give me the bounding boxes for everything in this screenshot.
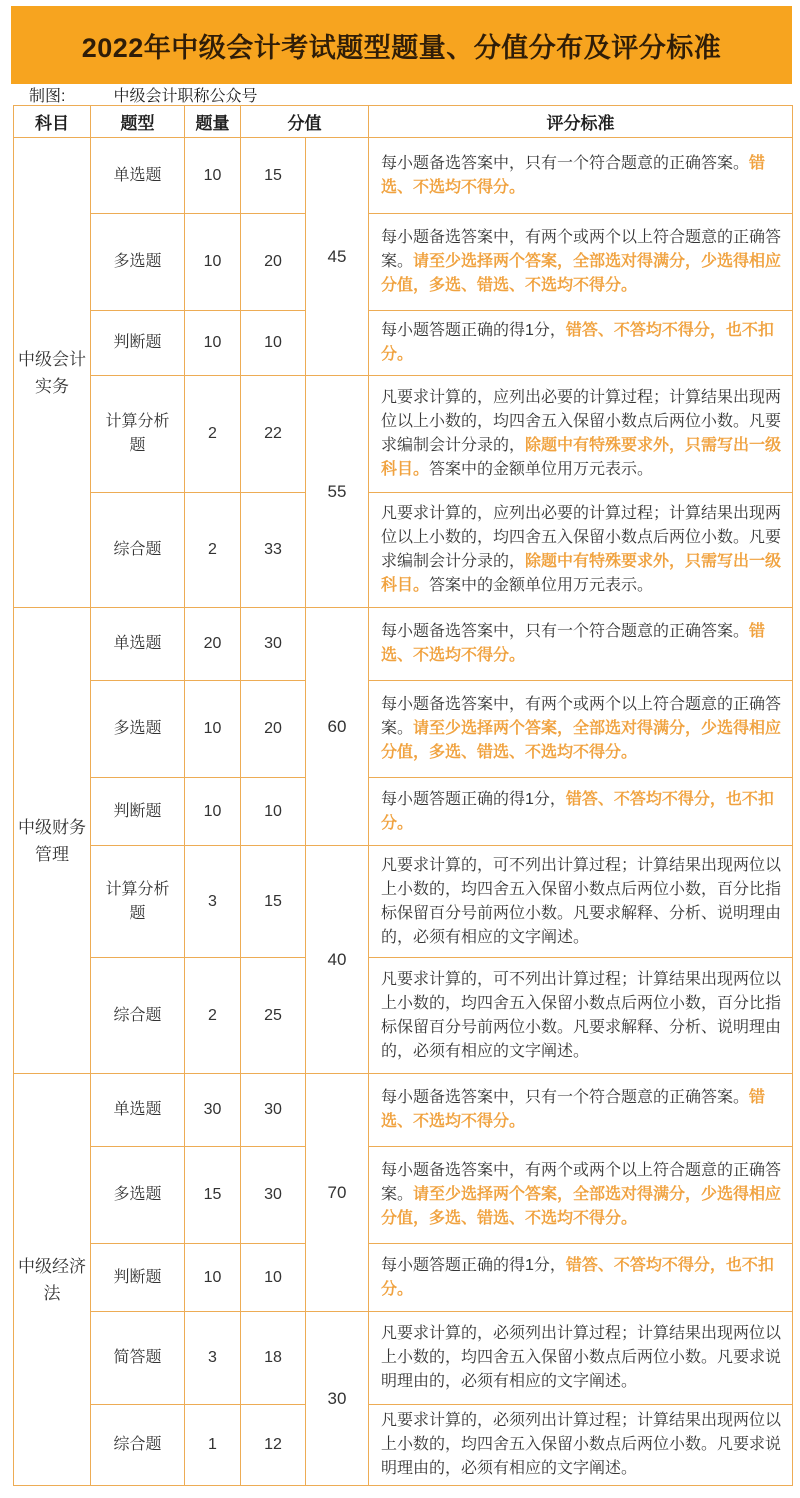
question-count-cell: 10 xyxy=(185,138,241,214)
standard-cell: 每小题备选答案中，有两个或两个以上符合题意的正确答案。请至少选择两个答案，全部选… xyxy=(369,681,793,778)
credit-label: 制图: xyxy=(29,83,65,106)
question-type-cell: 多选题 xyxy=(91,214,185,311)
standard-cell: 凡要求计算的，必须列出计算过程；计算结果出现两位以上小数的，均四舍五入保留小数点… xyxy=(369,1312,793,1405)
table-row: 多选题1020每小题备选答案中，有两个或两个以上符合题意的正确答案。请至少选择两… xyxy=(14,681,793,778)
score-cell: 30 xyxy=(241,1074,306,1147)
question-type-cell: 计算分析题 xyxy=(91,846,185,958)
score-subtotal-cell: 60 xyxy=(306,608,369,846)
score-cell: 12 xyxy=(241,1405,306,1486)
table-row: 多选题1020每小题备选答案中，有两个或两个以上符合题意的正确答案。请至少选择两… xyxy=(14,214,793,311)
standard-cell: 凡要求计算的，可不列出计算过程；计算结果出现两位以上小数的，均四舍五入保留小数点… xyxy=(369,846,793,958)
standard-accent-text: 请至少选择两个答案，全部选对得满分，少选得相应分值，多选、错选、不选均不得分。 xyxy=(381,253,781,294)
title-banner: 2022年中级会计考试题型题量、分值分布及评分标准 xyxy=(11,6,792,84)
question-type-cell: 综合题 xyxy=(91,493,185,608)
question-type-cell: 判断题 xyxy=(91,311,185,376)
header-type: 题型 xyxy=(91,106,185,138)
question-type-cell: 多选题 xyxy=(91,681,185,778)
score-cell: 18 xyxy=(241,1312,306,1405)
question-count-cell: 3 xyxy=(185,1312,241,1405)
score-subtotal-cell: 40 xyxy=(306,846,369,1074)
score-cell: 10 xyxy=(241,311,306,376)
question-count-cell: 2 xyxy=(185,376,241,493)
standard-text: 凡要求计算的，必须列出计算过程；计算结果出现两位以上小数的，均四舍五入保留小数点… xyxy=(381,1412,781,1477)
score-cell: 22 xyxy=(241,376,306,493)
question-type-cell: 单选题 xyxy=(91,138,185,214)
question-type-cell: 综合题 xyxy=(91,1405,185,1486)
score-subtotal-cell: 70 xyxy=(306,1074,369,1312)
table-row: 简答题31830凡要求计算的，必须列出计算过程；计算结果出现两位以上小数的，均四… xyxy=(14,1312,793,1405)
score-cell: 15 xyxy=(241,138,306,214)
score-cell: 20 xyxy=(241,214,306,311)
standard-text: 答案中的金额单位用万元表示。 xyxy=(429,461,653,478)
question-type-cell: 多选题 xyxy=(91,1147,185,1244)
score-cell: 30 xyxy=(241,1147,306,1244)
subject-cell: 中级财务管理 xyxy=(14,608,91,1074)
standard-cell: 每小题答题正确的得1分，错答、不答均不得分，也不扣分。 xyxy=(369,1244,793,1312)
page: 2022年中级会计考试题型题量、分值分布及评分标准 制图: 中级会计职称公众号 … xyxy=(0,0,800,1494)
table-row: 判断题1010每小题答题正确的得1分，错答、不答均不得分，也不扣分。 xyxy=(14,1244,793,1312)
question-count-cell: 10 xyxy=(185,681,241,778)
header-row: 科目 题型 题量 分值 评分标准 xyxy=(14,106,793,138)
question-type-cell: 综合题 xyxy=(91,958,185,1074)
standard-text: 凡要求计算的，可不列出计算过程；计算结果出现两位以上小数的，均四舍五入保留小数点… xyxy=(381,857,781,946)
question-count-cell: 10 xyxy=(185,778,241,846)
table-row: 综合题233凡要求计算的，应列出必要的计算过程；计算结果出现两位以上小数的，均四… xyxy=(14,493,793,608)
standard-text: 每小题答题正确的得1分， xyxy=(381,1257,566,1274)
standard-cell: 每小题备选答案中，有两个或两个以上符合题意的正确答案。请至少选择两个答案，全部选… xyxy=(369,1147,793,1244)
question-type-cell: 简答题 xyxy=(91,1312,185,1405)
table-row: 计算分析题22255凡要求计算的，应列出必要的计算过程；计算结果出现两位以上小数… xyxy=(14,376,793,493)
standard-cell: 每小题备选答案中，只有一个符合题意的正确答案。错选、不选均不得分。 xyxy=(369,138,793,214)
question-type-cell: 判断题 xyxy=(91,1244,185,1312)
standard-cell: 凡要求计算的，应列出必要的计算过程；计算结果出现两位以上小数的，均四舍五入保留小… xyxy=(369,376,793,493)
question-count-cell: 2 xyxy=(185,493,241,608)
credit-value: 中级会计职称公众号 xyxy=(113,83,257,106)
standard-cell: 凡要求计算的，必须列出计算过程；计算结果出现两位以上小数的，均四舍五入保留小数点… xyxy=(369,1405,793,1486)
question-count-cell: 10 xyxy=(185,1244,241,1312)
standard-text: 每小题答题正确的得1分， xyxy=(381,322,566,339)
standard-text: 每小题备选答案中，只有一个符合题意的正确答案。 xyxy=(381,623,749,640)
standard-text: 每小题备选答案中，只有一个符合题意的正确答案。 xyxy=(381,1089,749,1106)
score-cell: 25 xyxy=(241,958,306,1074)
question-type-cell: 单选题 xyxy=(91,1074,185,1147)
standard-text: 答案中的金额单位用万元表示。 xyxy=(429,577,653,594)
page-title: 2022年中级会计考试题型题量、分值分布及评分标准 xyxy=(82,26,722,65)
header-score: 分值 xyxy=(241,106,369,138)
question-type-cell: 计算分析题 xyxy=(91,376,185,493)
credit-line: 制图: 中级会计职称公众号 xyxy=(11,84,792,105)
table-row: 中级经济法单选题303070每小题备选答案中，只有一个符合题意的正确答案。错选、… xyxy=(14,1074,793,1147)
score-subtotal-cell: 30 xyxy=(306,1312,369,1486)
score-cell: 30 xyxy=(241,608,306,681)
subject-cell: 中级经济法 xyxy=(14,1074,91,1486)
subject-cell: 中级会计实务 xyxy=(14,138,91,608)
table-row: 判断题1010每小题答题正确的得1分，错答、不答均不得分，也不扣分。 xyxy=(14,778,793,846)
standard-cell: 每小题答题正确的得1分，错答、不答均不得分，也不扣分。 xyxy=(369,778,793,846)
standard-text: 凡要求计算的，必须列出计算过程；计算结果出现两位以上小数的，均四舍五入保留小数点… xyxy=(381,1325,781,1390)
standard-accent-text: 请至少选择两个答案，全部选对得满分，少选得相应分值，多选、错选、不选均不得分。 xyxy=(381,1186,781,1227)
question-count-cell: 10 xyxy=(185,214,241,311)
question-count-cell: 10 xyxy=(185,311,241,376)
exam-table: 科目 题型 题量 分值 评分标准 中级会计实务单选题101545每小题备选答案中… xyxy=(13,105,793,1486)
score-cell: 20 xyxy=(241,681,306,778)
score-subtotal-cell: 45 xyxy=(306,138,369,376)
question-count-cell: 3 xyxy=(185,846,241,958)
table-row: 多选题1530每小题备选答案中，有两个或两个以上符合题意的正确答案。请至少选择两… xyxy=(14,1147,793,1244)
question-count-cell: 2 xyxy=(185,958,241,1074)
question-count-cell: 15 xyxy=(185,1147,241,1244)
standard-cell: 每小题答题正确的得1分，错答、不答均不得分，也不扣分。 xyxy=(369,311,793,376)
question-type-cell: 判断题 xyxy=(91,778,185,846)
score-subtotal-cell: 55 xyxy=(306,376,369,608)
header-count: 题量 xyxy=(185,106,241,138)
standard-text: 每小题答题正确的得1分， xyxy=(381,791,566,808)
standard-cell: 每小题备选答案中，只有一个符合题意的正确答案。错选、不选均不得分。 xyxy=(369,1074,793,1147)
table-row: 综合题112凡要求计算的，必须列出计算过程；计算结果出现两位以上小数的，均四舍五… xyxy=(14,1405,793,1486)
table-row: 中级财务管理单选题203060每小题备选答案中，只有一个符合题意的正确答案。错选… xyxy=(14,608,793,681)
standard-cell: 每小题备选答案中，有两个或两个以上符合题意的正确答案。请至少选择两个答案，全部选… xyxy=(369,214,793,311)
question-count-cell: 30 xyxy=(185,1074,241,1147)
table-row: 综合题225凡要求计算的，可不列出计算过程；计算结果出现两位以上小数的，均四舍五… xyxy=(14,958,793,1074)
standard-text: 每小题备选答案中，只有一个符合题意的正确答案。 xyxy=(381,155,749,172)
standard-accent-text: 请至少选择两个答案，全部选对得满分，少选得相应分值，多选、错选、不选均不得分。 xyxy=(381,720,781,761)
score-cell: 10 xyxy=(241,778,306,846)
table-row: 计算分析题31540凡要求计算的，可不列出计算过程；计算结果出现两位以上小数的，… xyxy=(14,846,793,958)
table-row: 判断题1010每小题答题正确的得1分，错答、不答均不得分，也不扣分。 xyxy=(14,311,793,376)
score-cell: 10 xyxy=(241,1244,306,1312)
question-type-cell: 单选题 xyxy=(91,608,185,681)
header-subject: 科目 xyxy=(14,106,91,138)
standard-text: 凡要求计算的，可不列出计算过程；计算结果出现两位以上小数的，均四舍五入保留小数点… xyxy=(381,971,781,1060)
header-standard: 评分标准 xyxy=(369,106,793,138)
standard-cell: 凡要求计算的，可不列出计算过程；计算结果出现两位以上小数的，均四舍五入保留小数点… xyxy=(369,958,793,1074)
score-cell: 15 xyxy=(241,846,306,958)
standard-cell: 凡要求计算的，应列出必要的计算过程；计算结果出现两位以上小数的，均四舍五入保留小… xyxy=(369,493,793,608)
question-count-cell: 1 xyxy=(185,1405,241,1486)
table-row: 中级会计实务单选题101545每小题备选答案中，只有一个符合题意的正确答案。错选… xyxy=(14,138,793,214)
score-cell: 33 xyxy=(241,493,306,608)
question-count-cell: 20 xyxy=(185,608,241,681)
standard-cell: 每小题备选答案中，只有一个符合题意的正确答案。错选、不选均不得分。 xyxy=(369,608,793,681)
